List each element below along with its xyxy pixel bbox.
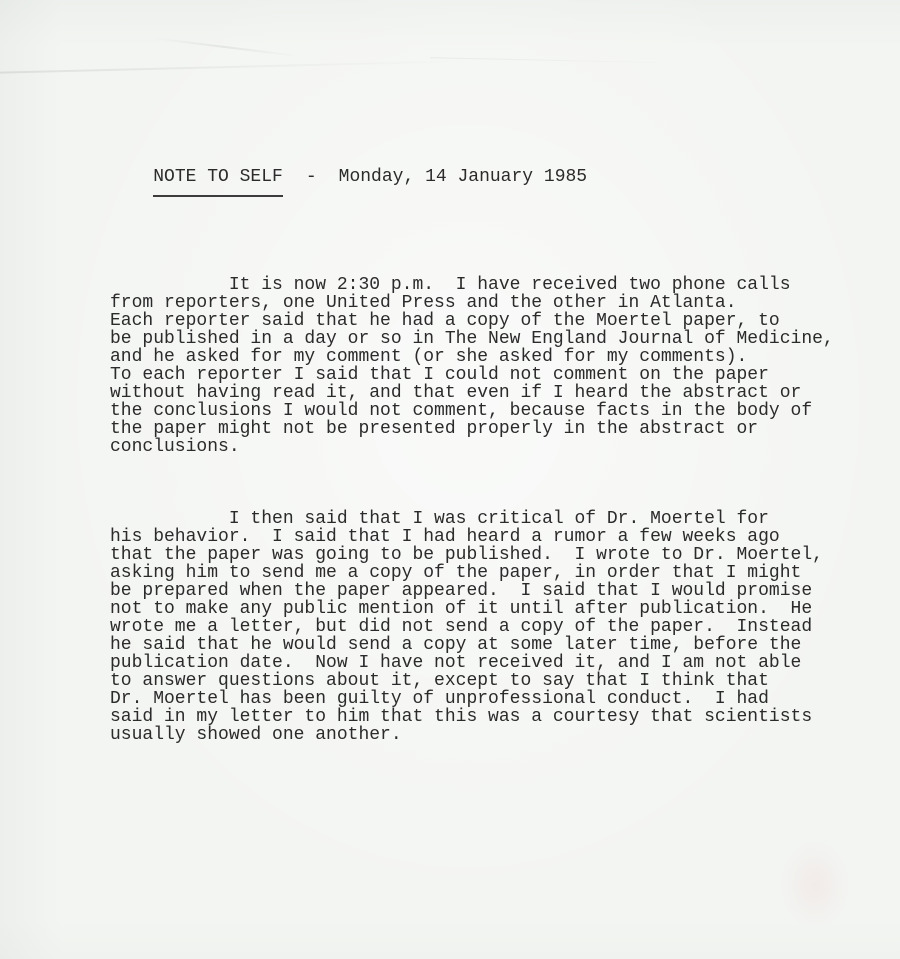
note-header: NOTE TO SELF-Monday, 14 January 1985	[110, 150, 587, 215]
paper-crease	[0, 60, 470, 74]
paper-smudge	[780, 840, 850, 930]
note-title: NOTE TO SELF	[153, 168, 283, 197]
paragraph-2: I then said that I was critical of Dr. M…	[110, 510, 834, 744]
header-separator: -	[306, 167, 317, 187]
scanned-note-page: NOTE TO SELF-Monday, 14 January 1985 It …	[0, 0, 900, 959]
note-date: Monday, 14 January 1985	[339, 167, 587, 187]
paper-crease	[150, 37, 299, 57]
note-body: It is now 2:30 p.m. I have received two …	[110, 240, 834, 780]
paper-edge-shading	[0, 0, 60, 959]
paragraph-1: It is now 2:30 p.m. I have received two …	[110, 276, 834, 456]
